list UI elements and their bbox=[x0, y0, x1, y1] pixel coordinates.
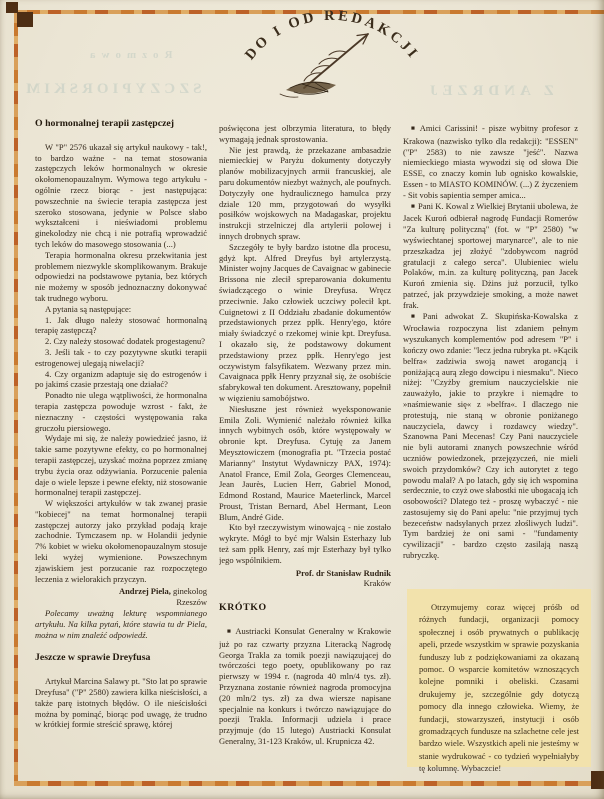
paragraph: Kto był rzeczywistym winowajcą - nie zos… bbox=[219, 522, 391, 565]
editor-note: Polecamy uważną lekturę wspomnianego art… bbox=[35, 608, 207, 640]
signature-city: Kraków bbox=[219, 578, 391, 589]
bottom-border-bar bbox=[14, 781, 604, 786]
bullet-square-icon: ■ bbox=[411, 313, 420, 320]
list-item-question-4: 4. Czy organizm adaptuje się do estrogen… bbox=[35, 369, 207, 391]
paragraph: Terapia hormonalna okresu przekwitania j… bbox=[35, 250, 207, 304]
letter-item-text: Pani K. Kowal z Wielkiej Brytanii ubolew… bbox=[403, 201, 578, 310]
bullet-square-icon: ■ bbox=[227, 628, 232, 635]
letter-item: ■Pani adwokat Z. Skupińska-Kowalska z Wr… bbox=[403, 311, 578, 561]
corner-square-top-left-inner bbox=[17, 12, 33, 27]
paragraph: Wydaje mi się, że należy powiedzieć jasn… bbox=[35, 433, 207, 498]
signature-city: Rzeszów bbox=[35, 597, 207, 608]
list-item-question-2: 2. Czy należy stosować dodatek progestag… bbox=[35, 336, 207, 347]
signature-name: Prof. dr Stanisław Rudnik bbox=[296, 568, 391, 578]
letter-signature: Prof. dr Stanisław Rudnik bbox=[219, 568, 391, 579]
header-graphic: DO I OD REDAKCJI bbox=[222, 2, 442, 112]
bleedthrough-text-1: Rozmowa bbox=[84, 49, 172, 61]
paragraph: Nie jest prawdą, że przekazane ambasadzi… bbox=[219, 145, 391, 242]
letter-item: ■Pani K. Kowal z Wielkiej Brytanii ubole… bbox=[403, 201, 578, 311]
paragraph: W "P" 2576 ukazał się artykuł naukowy - … bbox=[35, 142, 207, 250]
article-title-hormonal-therapy: O hormonalnej terapii zastępczej bbox=[35, 119, 207, 130]
letter-item-text: Amici Carissini! - pisze wybitny profeso… bbox=[403, 123, 578, 200]
bleedthrough-text-2: SZCZYPIORSKIM bbox=[22, 81, 202, 98]
news-item: ■Austriacki Konsulat Generalny w Krakowi… bbox=[219, 626, 391, 747]
paragraph: A pytania są następujące: bbox=[35, 304, 207, 315]
paragraph: Niesłuszne jest również wyeksponowanie E… bbox=[219, 404, 391, 523]
left-border-bar bbox=[14, 10, 18, 786]
column-3: ■Amici Carissini! - pisze wybitny profes… bbox=[403, 119, 578, 587]
paragraph: Ponadto nie ulega wątpliwości, że hormon… bbox=[35, 390, 207, 433]
appeal-text: Otrzymujemy coraz więcej próśb od różnyc… bbox=[419, 601, 579, 775]
bleedthrough-text-3: Z ANDRZEJ bbox=[425, 83, 554, 100]
signature-name: Andrzej Piela, bbox=[119, 586, 171, 596]
paragraph: poświęcona jest olbrzymia literatura, to… bbox=[219, 123, 391, 145]
editorial-appeal-box: Otrzymujemy coraz więcej próśb od różnyc… bbox=[407, 589, 591, 767]
list-item-question-1: 1. Jak długo należy stosować hormonalną … bbox=[35, 315, 207, 337]
page-title: DO I OD REDAKCJI bbox=[242, 8, 422, 63]
column-2: poświęcona jest olbrzymia literatura, to… bbox=[219, 119, 391, 779]
column-1: O hormonalnej terapii zastępczej W "P" 2… bbox=[35, 119, 207, 779]
letter-signature: Andrzej Piela, ginekolog bbox=[35, 586, 207, 597]
paragraph: Artykuł Marcina Salawy pt. "Sto lat po s… bbox=[35, 676, 207, 730]
paragraph: Szczegóły te były bardzo istotne dla pro… bbox=[219, 242, 391, 404]
letter-item: ■Amici Carissini! - pisze wybitny profes… bbox=[403, 123, 578, 201]
signature-role: ginekolog bbox=[171, 586, 207, 596]
news-item-text: Austriacki Konsulat Generalny w Krakowie… bbox=[219, 626, 391, 746]
corner-square-bottom-right bbox=[591, 771, 604, 789]
bullet-square-icon: ■ bbox=[411, 203, 415, 210]
paragraph: W większości artykułów w tak zwanej pras… bbox=[35, 498, 207, 584]
quill-pen-icon bbox=[280, 34, 368, 97]
magazine-letters-page: Rozmowa SZCZYPIORSKIM Z ANDRZEJ DO I OD … bbox=[0, 0, 604, 799]
article-title-dreyfus: Jeszcze w sprawie Dreyfusa bbox=[35, 653, 207, 664]
svg-text:DO I OD REDAKCJI: DO I OD REDAKCJI bbox=[242, 8, 422, 63]
list-item-question-3: 3. Jeśli tak - to czy pozytywne skutki t… bbox=[35, 347, 207, 369]
letter-item-text: Pani adwokat Z. Skupińska-Kowalska z Wro… bbox=[403, 311, 578, 561]
section-title-krotko: KRÓTKO bbox=[219, 603, 391, 614]
bullet-square-icon: ■ bbox=[411, 125, 417, 132]
